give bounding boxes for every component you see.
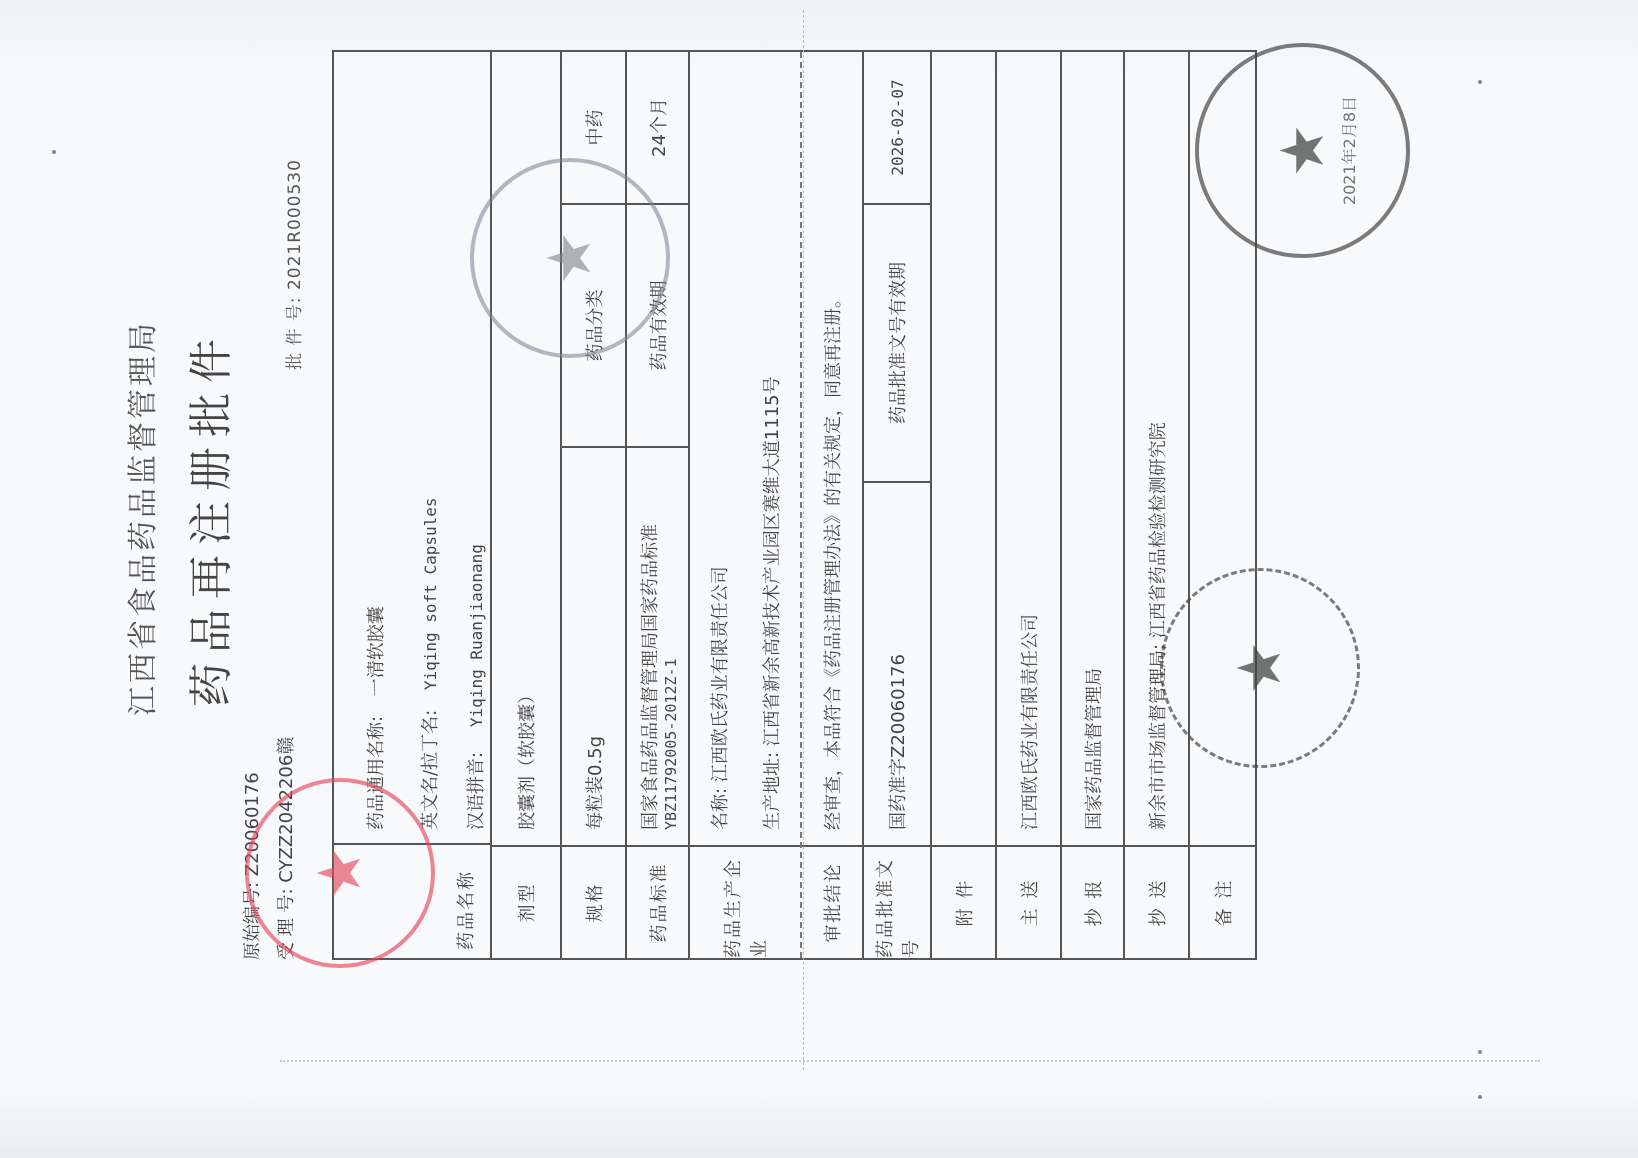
- approval-document: 江西省食品药品监督管理局 药品再注册批件 批 件 号: 2021R000530 …: [0, 0, 1638, 1158]
- star-icon: ★: [540, 231, 600, 285]
- table-row: 药品批准文号 国药准字Z20060176 药品批准文号有效期 2026-02-0…: [864, 52, 932, 958]
- company-black-seal: ★: [1160, 568, 1360, 768]
- approval-table: 药品名称 药品通用名称: 一清软胶囊 英文名/拉丁名: Yiqing soft …: [332, 50, 1257, 960]
- approval-number: 批 件 号: 2021R000530: [280, 159, 305, 370]
- table-row: 审批结论 经审查，本品符合《药品注册管理办法》的有关规定，同意再注册。: [802, 52, 864, 958]
- issuing-agency: 江西省食品药品监督管理局: [118, 238, 162, 798]
- document-title: 药品再注册批件: [175, 258, 239, 778]
- table-row: 附 件: [932, 52, 997, 958]
- star-icon: ★: [1230, 641, 1290, 695]
- drug-name-label: 药品名称: [452, 870, 478, 950]
- table-row: 抄 送 新余市市场监督管理局; 江西省药品检验检测研究院: [1125, 52, 1190, 958]
- table-row: 药品生产企业 名称: 江西欧氏药业有限责任公司 生产地址: 江西省新余高新技术产…: [690, 52, 802, 958]
- star-icon: ★: [1273, 124, 1333, 178]
- scan-speck: [1478, 80, 1482, 84]
- company-red-seal: ★: [245, 778, 435, 968]
- scan-speck: [1478, 1050, 1482, 1054]
- english-name: 英文名/拉丁名: Yiqing soft Capsules: [416, 497, 442, 830]
- scan-speck: [52, 150, 56, 154]
- company-gray-seal: ★: [470, 158, 670, 358]
- table-row: 抄 报 国家药品监督管理局: [1062, 52, 1125, 958]
- pinyin-name: 汉语拼音: Yiqing Ruanjiaonang: [462, 544, 488, 830]
- scan-fold-line: [803, 10, 804, 1070]
- table-row: 主 送 江西欧氏药业有限责任公司: [997, 52, 1062, 958]
- agency-official-seal: ★ 2021年2月8日: [1195, 43, 1410, 258]
- star-icon: ★: [310, 846, 370, 900]
- scan-speck: [1478, 1095, 1482, 1099]
- scan-edge-line: [280, 1060, 1540, 1062]
